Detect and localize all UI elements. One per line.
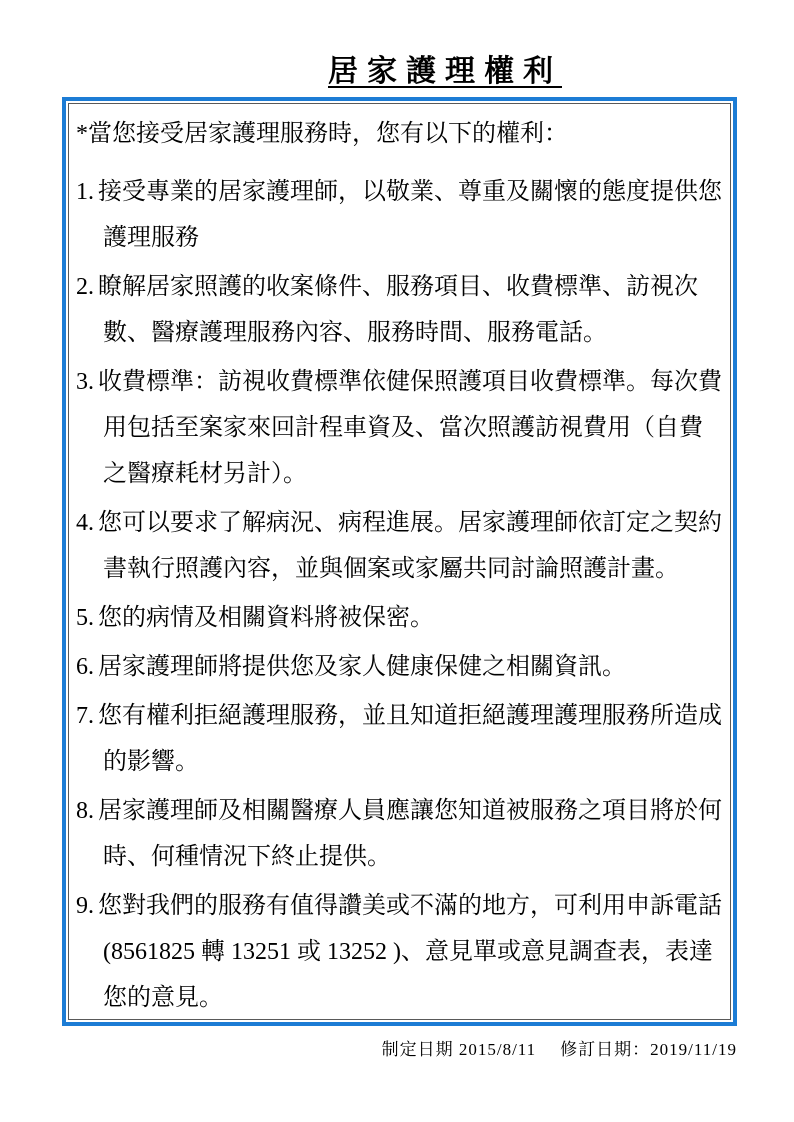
item-number: 4.: [76, 510, 98, 536]
rights-list-item: 4.您可以要求了解病況、病程進展。居家護理師依訂定之契約書執行照護內容，並與個案…: [76, 500, 724, 592]
rights-list-item: 5.您的病情及相關資料將被保密。: [76, 595, 724, 641]
rights-list-item: 9.您對我們的服務有值得讚美或不滿的地方，可利用申訴電話 (8561825 轉 …: [76, 883, 724, 1020]
page-title: 居家護理權利: [0, 0, 794, 90]
item-text: 瞭解居家照護的收案條件、服務項目、收費標準、訪視次數、醫療護理服務內容、服務時間…: [98, 274, 698, 346]
item-number: 9.: [76, 893, 98, 919]
revision-dates: 制定日期 2015/8/11修訂日期：2019/11/19: [382, 1035, 737, 1060]
item-number: 1.: [76, 179, 98, 205]
item-text: 您有權利拒絕護理服務，並且知道拒絕護理護理服務所造成的影響。: [98, 703, 722, 775]
rights-list-item: 7.您有權利拒絕護理服務，並且知道拒絕護理護理服務所造成的影響。: [76, 693, 724, 785]
item-number: 3.: [76, 369, 98, 395]
revised-date: 修訂日期：2019/11/19: [560, 1040, 737, 1059]
created-date: 制定日期 2015/8/11: [382, 1040, 537, 1059]
item-text: 接受專業的居家護理師，以敬業、尊重及關懷的態度提供您護理服務: [98, 179, 722, 251]
item-text: 居家護理師將提供您及家人健康保健之相關資訊。: [98, 654, 626, 680]
rights-list-item: 8.居家護理師及相關醫療人員應讓您知道被服務之項目將於何時、何種情況下終止提供。: [76, 788, 724, 880]
item-text: 您的病情及相關資料將被保密。: [98, 605, 434, 631]
item-text: 您對我們的服務有值得讚美或不滿的地方，可利用申訴電話 (8561825 轉 13…: [98, 893, 722, 1011]
item-text: 您可以要求了解病況、病程進展。居家護理師依訂定之契約書執行照護內容，並與個案或家…: [98, 510, 722, 582]
item-number: 5.: [76, 605, 98, 631]
rights-notice-box-inner: *當您接受居家護理服務時，您有以下的權利： 1.接受專業的居家護理師，以敬業、尊…: [68, 103, 731, 1020]
rights-list-item: 1.接受專業的居家護理師，以敬業、尊重及關懷的態度提供您護理服務: [76, 169, 724, 261]
rights-list-item: 6.居家護理師將提供您及家人健康保健之相關資訊。: [76, 644, 724, 690]
page-title-text: 居家護理權利: [328, 55, 562, 88]
item-number: 6.: [76, 654, 98, 680]
rights-list-item: 3.收費標準：訪視收費標準依健保照護項目收費標準。每次費用包括至案家來回計程車資…: [76, 359, 724, 497]
intro-line: *當您接受居家護理服務時，您有以下的權利：: [76, 111, 724, 157]
rights-notice-box: *當您接受居家護理服務時，您有以下的權利： 1.接受專業的居家護理師，以敬業、尊…: [62, 97, 737, 1026]
item-text: 居家護理師及相關醫療人員應讓您知道被服務之項目將於何時、何種情況下終止提供。: [98, 798, 722, 870]
item-text: 收費標準：訪視收費標準依健保照護項目收費標準。每次費用包括至案家來回計程車資及、…: [98, 369, 722, 487]
rights-list-item: 2.瞭解居家照護的收案條件、服務項目、收費標準、訪視次數、醫療護理服務內容、服務…: [76, 264, 724, 356]
item-number: 2.: [76, 274, 98, 300]
item-number: 8.: [76, 798, 98, 824]
item-number: 7.: [76, 703, 98, 729]
rights-list: 1.接受專業的居家護理師，以敬業、尊重及關懷的態度提供您護理服務 2.瞭解居家照…: [76, 169, 724, 1020]
